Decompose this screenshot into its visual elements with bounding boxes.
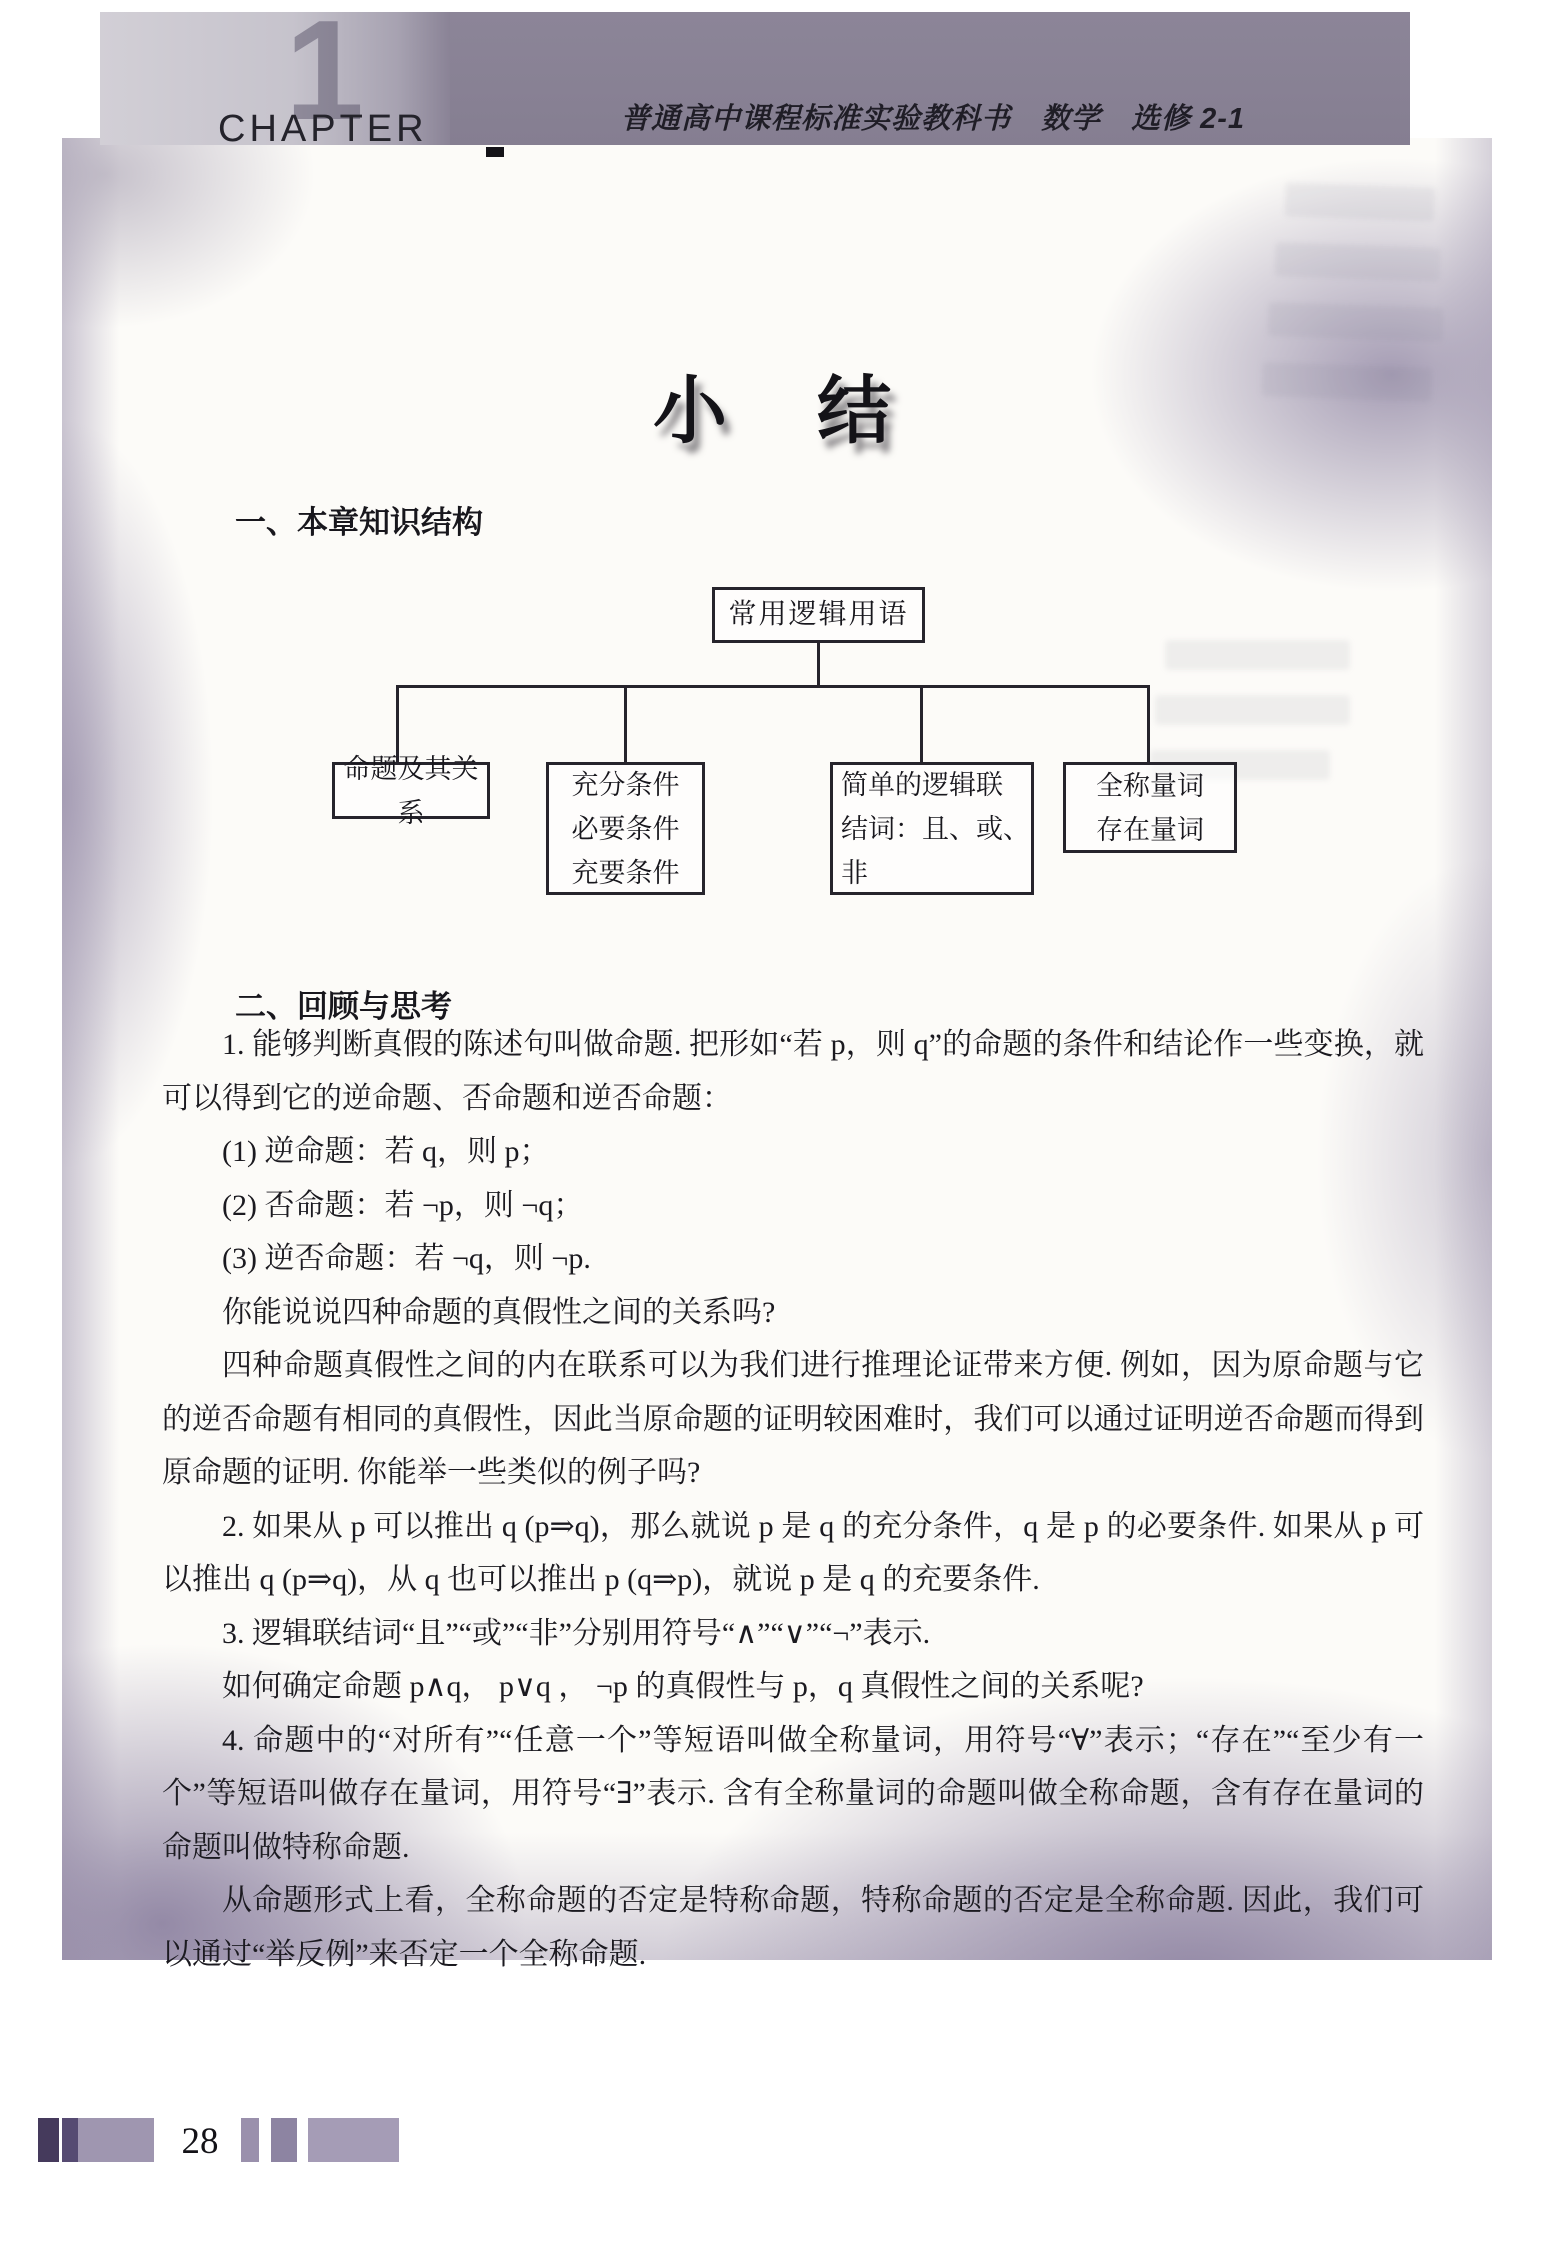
diagram-node-conditions: 充分条件 必要条件 充要条件 bbox=[546, 762, 705, 895]
diagram-root-label: 常用逻辑用语 bbox=[715, 593, 922, 637]
scanned-textbook-page: 1 CHAPTER 普通高中课程标准实验教科书 数学 选修 2-1 小 结 一、… bbox=[0, 0, 1552, 2248]
diagram-node-quantifiers: 全称量词 存在量词 bbox=[1063, 762, 1237, 853]
diagram-node-line: 充要条件 bbox=[549, 851, 702, 895]
footer-bar bbox=[271, 2118, 297, 2162]
print-registration-mark bbox=[486, 147, 504, 157]
diagram-node-logical-connectives: 简单的逻辑联 结词：且、或、 非 bbox=[830, 762, 1034, 895]
diagram-connector-vertical-2 bbox=[624, 685, 627, 763]
diagram-node-propositions: 命题及其关系 bbox=[332, 762, 490, 819]
bleed-through-artifact bbox=[1155, 695, 1350, 725]
book-title: 普通高中课程标准实验教科书 数学 选修 2-1 bbox=[621, 96, 1245, 137]
paragraph-connective-symbols: 3. 逻辑联结词“且”“或”“非”分别用符号“∧”“∨”“¬”表示. bbox=[162, 1607, 1424, 1661]
paragraph-conditions: 2. 如果从 p 可以推出 q (p⇒q)，那么就说 p 是 q 的充分条件，q… bbox=[162, 1500, 1424, 1607]
diagram-connector-vertical-3 bbox=[920, 685, 923, 763]
paragraph-contrapositive: (3) 逆否命题：若 ¬q，则 ¬p. bbox=[162, 1232, 1424, 1286]
chapter-word: CHAPTER bbox=[218, 108, 428, 151]
footer-bar bbox=[241, 2118, 259, 2162]
diagram-node-line: 必要条件 bbox=[549, 807, 702, 851]
paragraph-question-truth: 你能说说四种命题的真假性之间的关系吗? bbox=[162, 1286, 1424, 1340]
paragraph-quantifiers: 4. 命题中的“对所有”“任意一个”等短语叫做全称量词，用符号“∀”表示；“存在… bbox=[162, 1714, 1424, 1875]
diagram-root-node: 常用逻辑用语 bbox=[712, 587, 925, 643]
diagram-node-line: 简单的逻辑联 bbox=[841, 763, 1031, 807]
bleed-through-artifact bbox=[1274, 242, 1440, 282]
diagram-connector-vertical-root bbox=[817, 643, 820, 687]
section-heading-knowledge-structure: 一、本章知识结构 bbox=[235, 497, 483, 542]
diagram-node-line: 非 bbox=[841, 851, 1031, 895]
diagram-node-line: 存在量词 bbox=[1066, 808, 1234, 852]
diagram-node-line: 充分条件 bbox=[549, 763, 702, 807]
chapter-banner: 1 CHAPTER bbox=[100, 12, 450, 145]
diagram-node-line: 结词：且、或、 bbox=[841, 807, 1031, 851]
review-text-block: 1. 能够判断真假的陈述句叫做命题. 把形如“若 p，则 q”的命题的条件和结论… bbox=[162, 1018, 1424, 1981]
page-number: 28 bbox=[172, 2120, 228, 2163]
paragraph-converse: (1) 逆命题：若 q，则 p； bbox=[162, 1125, 1424, 1179]
page-title: 小 结 bbox=[0, 352, 1552, 458]
page-footer: 28 bbox=[0, 2118, 520, 2162]
bleed-through-artifact bbox=[1165, 640, 1350, 670]
book-title-band: 普通高中课程标准实验教科书 数学 选修 2-1 bbox=[450, 12, 1410, 145]
diagram-node-line: 全称量词 bbox=[1066, 764, 1234, 808]
bleed-through-artifact bbox=[1267, 302, 1443, 342]
bleed-through-artifact bbox=[1284, 182, 1435, 221]
footer-bar bbox=[78, 2118, 154, 2162]
diagram-connector-horizontal bbox=[396, 685, 1150, 688]
footer-bar bbox=[308, 2118, 399, 2162]
paragraph-truth-relations: 四种命题真假性之间的内在联系可以为我们进行推理论证带来方便. 例如，因为原命题与… bbox=[162, 1339, 1424, 1500]
paragraph-definition-proposition: 1. 能够判断真假的陈述句叫做命题. 把形如“若 p，则 q”的命题的条件和结论… bbox=[162, 1018, 1424, 1125]
paragraph-question-connectives: 如何确定命题 p∧q， p∨q ， ¬p 的真假性与 p，q 真假性之间的关系呢… bbox=[162, 1660, 1424, 1714]
diagram-node-line: 命题及其关系 bbox=[335, 747, 487, 835]
footer-bar bbox=[38, 2118, 59, 2162]
paragraph-negation: (2) 否命题：若 ¬p，则 ¬q； bbox=[162, 1179, 1424, 1233]
footer-bar bbox=[62, 2118, 78, 2162]
chapter-header-bar: 1 CHAPTER 普通高中课程标准实验教科书 数学 选修 2-1 bbox=[100, 12, 1410, 145]
paragraph-negation-of-universal: 从命题形式上看，全称命题的否定是特称命题，特称命题的否定是全称命题. 因此，我们… bbox=[162, 1874, 1424, 1981]
diagram-connector-vertical-4 bbox=[1147, 685, 1150, 763]
